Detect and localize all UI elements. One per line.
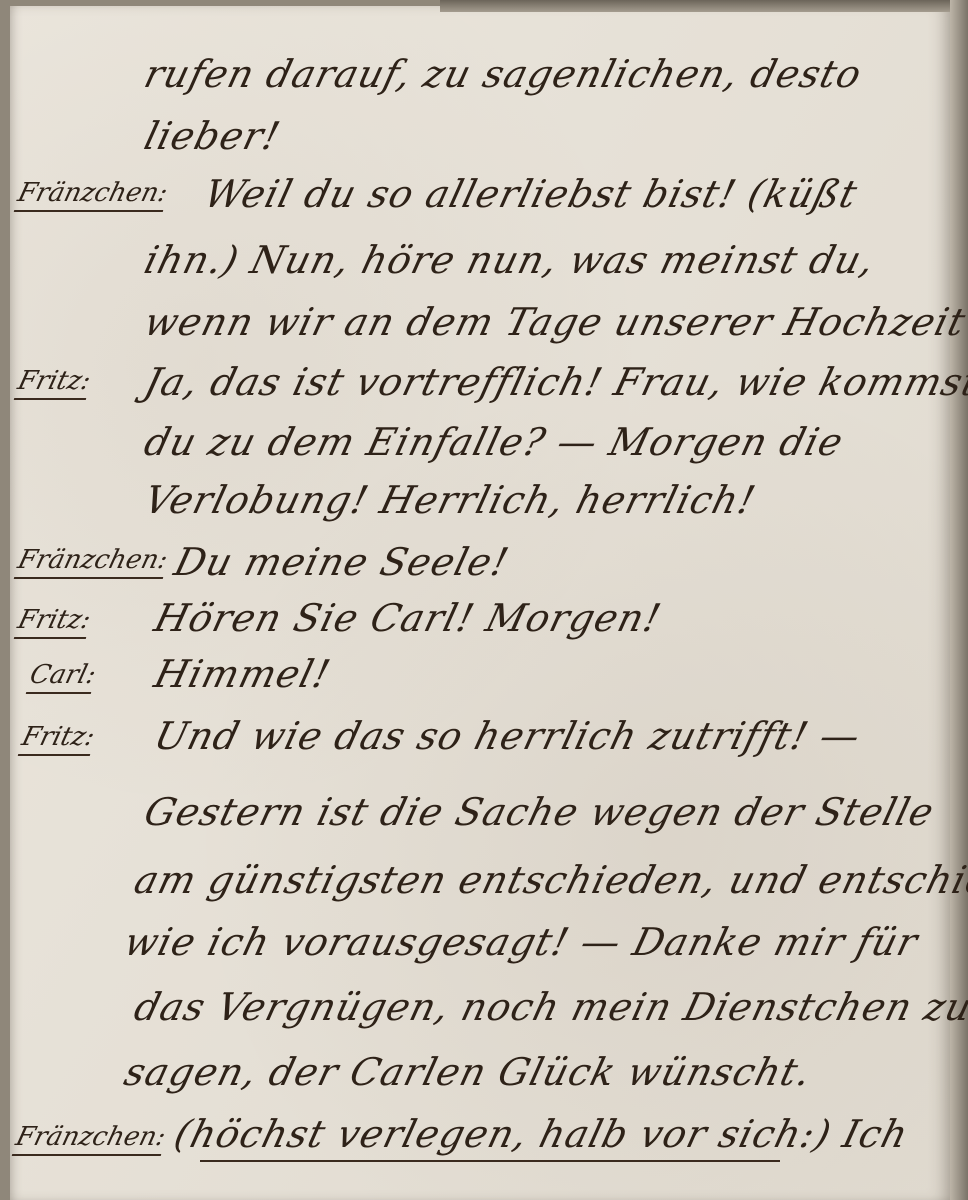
book-edge-top xyxy=(440,0,968,12)
speaker-label: Fritz: xyxy=(18,722,98,756)
text-line: Ja, das ist vortrefflich! Frau, wie komm… xyxy=(140,360,968,404)
speaker-label: Fritz: xyxy=(14,366,94,400)
text-line: Du meine Seele! xyxy=(170,540,514,584)
text-line: (höchst verlegen, halb vor sich:) Ich xyxy=(170,1112,913,1156)
stage-direction-underline xyxy=(200,1160,780,1162)
text-line: du zu dem Einfalle? — Morgen die xyxy=(140,420,848,464)
speaker-label: Fritz: xyxy=(14,605,94,639)
speaker-label: Fränzchen: xyxy=(14,178,171,212)
text-line: Verlobung! Herrlich, herrlich! xyxy=(140,478,760,522)
text-line: wenn wir an dem Tage unserer Hochzeit xyxy=(140,300,968,344)
text-line: Hören Sie Carl! Morgen! xyxy=(150,596,666,640)
text-line: Und wie das so herrlich zutrifft! — xyxy=(150,714,865,758)
speaker-label: Fränzchen: xyxy=(12,1122,169,1156)
text-line: am günstigsten entschieden, und entschie… xyxy=(130,858,968,902)
text-line: ihn.) Nun, höre nun, was meinst du, xyxy=(140,238,880,282)
text-line: rufen darauf, zu sagenlichen, desto xyxy=(140,52,867,96)
speaker-label: Carl: xyxy=(26,660,99,694)
text-line: lieber! xyxy=(140,114,285,158)
text-line: sagen, der Carlen Glück wünscht. xyxy=(120,1050,816,1094)
text-line: Weil du so allerliebst bist! (küßt xyxy=(200,172,862,216)
text-line: wie ich vorausgesagt! — Danke mir für xyxy=(120,920,923,964)
text-line: Himmel! xyxy=(150,652,335,696)
text-line: das Vergnügen, noch mein Dienstchen zu xyxy=(130,985,968,1029)
speaker-label: Fränzchen: xyxy=(14,545,171,579)
text-line: Gestern ist die Sache wegen der Stelle xyxy=(140,790,939,834)
